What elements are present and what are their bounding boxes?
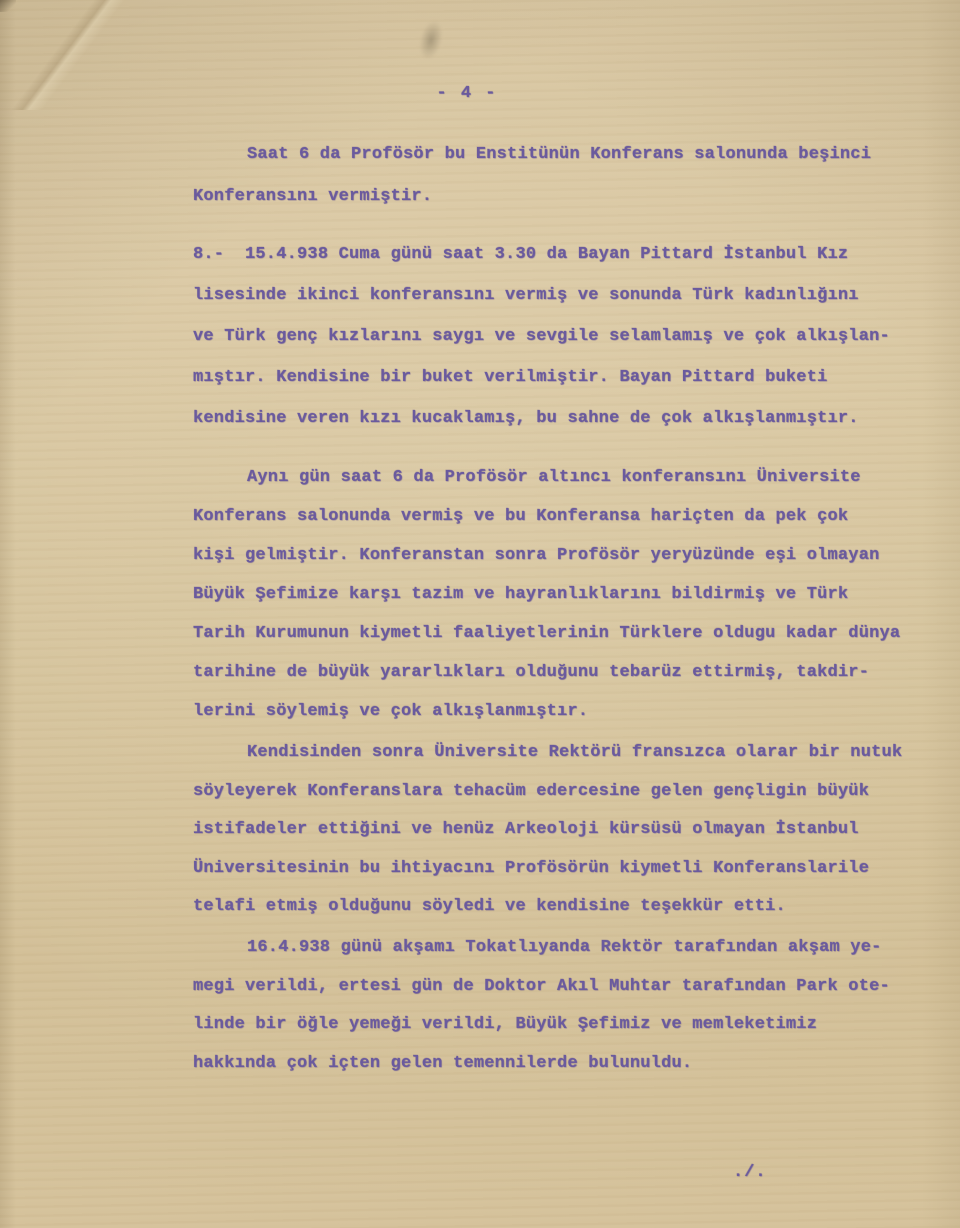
text-line: linde bir öğle yemeği verildi, Büyük Şef… [193,1006,913,1045]
text-line: hakkında çok içten gelen temennilerde bu… [193,1045,913,1084]
page-number: - 4 - [0,84,934,103]
text-line: Kendisinden sonra Üniversite Rektörü fra… [193,734,913,773]
text-line: Aynı gün saat 6 da Profösör altıncı konf… [193,458,913,497]
continuation-mark: ./. [733,1163,767,1182]
text-line: Büyük Şefimize karşı tazim ve hayranlıkl… [193,575,913,614]
text-line: kendisine veren kızı kucaklamış, bu sahn… [193,398,913,439]
text-line: telafi etmiş olduğunu söyledi ve kendisi… [193,888,913,927]
paragraph-item-8: 8.- 15.4.938 Cuma günü saat 3.30 da Baya… [193,234,913,439]
text-line: Konferansını vermiştir. [193,176,913,218]
text-line: Saat 6 da Profösör bu Enstitünün Konfera… [193,134,913,176]
text-line: ve Türk genç kızlarını saygı ve sevgile … [193,316,913,357]
paragraph-intro: Saat 6 da Profösör bu Enstitünün Konfera… [193,134,913,218]
paragraph-rector-speech: Kendisinden sonra Üniversite Rektörü fra… [193,734,913,927]
text-line: megi verildi, ertesi gün de Doktor Akıl … [193,968,913,1007]
text-line: lisesinde ikinci konferansını vermiş ve … [193,275,913,316]
ink-smudge [415,18,446,62]
text-line: Üniversitesinin bu ihtiyacını Profösörün… [193,850,913,889]
text-line: 16.4.938 günü akşamı Tokatlıyanda Rektör… [193,929,913,968]
paragraph-dinners: 16.4.938 günü akşamı Tokatlıyanda Rektör… [193,929,913,1083]
text-line: 8.- 15.4.938 Cuma günü saat 3.30 da Baya… [193,234,913,275]
text-line: kişi gelmiştir. Konferanstan sonra Profö… [193,536,913,575]
text-line: tarihine de büyük yararlıkları olduğunu … [193,653,913,692]
text-line: lerini söylemiş ve çok alkışlanmıştır. [193,692,913,731]
text-line: Tarih Kurumunun kiymetli faaliyetlerinin… [193,614,913,653]
text-line: Konferans salonunda vermiş ve bu Konfera… [193,497,913,536]
paragraph-sixth-conference: Aynı gün saat 6 da Profösör altıncı konf… [193,458,913,731]
corner-shadow [0,0,16,12]
text-line: söyleyerek Konferanslara tehacüm ederces… [193,773,913,812]
scanned-document-page: - 4 - Saat 6 da Profösör bu Enstitünün K… [0,0,960,1228]
text-line: istifadeler ettiğini ve henüz Arkeoloji … [193,811,913,850]
text-line: mıştır. Kendisine bir buket verilmiştir.… [193,357,913,398]
